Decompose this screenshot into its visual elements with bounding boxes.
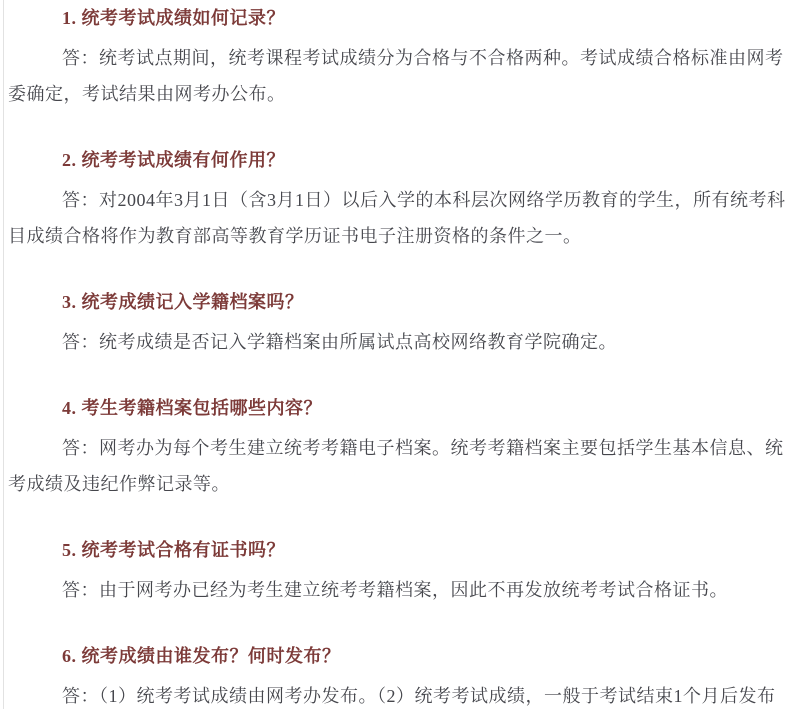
qa-item: 5. 统考考试合格有证书吗？ 答：由于网考办已经为考生建立统考考籍档案，因此不再…: [8, 532, 786, 608]
question-heading: 1. 统考考试成绩如何记录？: [8, 0, 786, 36]
qa-item: 2. 统考考试成绩有何作用？ 答：对2004年3月1日（含3月1日）以后入学的本…: [8, 142, 786, 254]
answer-paragraph: 答：对2004年3月1日（含3月1日）以后入学的本科层次网络学历教育的学生，所有…: [8, 182, 786, 254]
answer-paragraph: 答：（1）统考考试成绩由网考办发布。（2）统考考试成绩，一般于考试结束1个月后发…: [8, 678, 786, 709]
question-heading: 6. 统考成绩由谁发布？何时发布？: [8, 638, 786, 674]
qa-item: 3. 统考成绩记入学籍档案吗？ 答：统考成绩是否记入学籍档案由所属试点高校网络教…: [8, 284, 786, 360]
question-heading: 2. 统考考试成绩有何作用？: [8, 142, 786, 178]
answer-paragraph: 答：统考成绩是否记入学籍档案由所属试点高校网络教育学院确定。: [8, 324, 786, 360]
answer-paragraph: 答：网考办为每个考生建立统考考籍电子档案。统考考籍档案主要包括学生基本信息、统考…: [8, 430, 786, 502]
question-heading: 3. 统考成绩记入学籍档案吗？: [8, 284, 786, 320]
qa-item: 6. 统考成绩由谁发布？何时发布？ 答：（1）统考考试成绩由网考办发布。（2）统…: [8, 638, 786, 709]
question-heading: 4. 考生考籍档案包括哪些内容？: [8, 390, 786, 426]
answer-paragraph: 答：由于网考办已经为考生建立统考考籍档案，因此不再发放统考考试合格证书。: [8, 572, 786, 608]
answer-paragraph: 答：统考试点期间，统考课程考试成绩分为合格与不合格两种。考试成绩合格标准由网考委…: [8, 40, 786, 112]
qa-item: 4. 考生考籍档案包括哪些内容？ 答：网考办为每个考生建立统考考籍电子档案。统考…: [8, 390, 786, 502]
qa-item: 1. 统考考试成绩如何记录？ 答：统考试点期间，统考课程考试成绩分为合格与不合格…: [8, 0, 786, 112]
faq-document: 1. 统考考试成绩如何记录？ 答：统考试点期间，统考课程考试成绩分为合格与不合格…: [0, 0, 800, 709]
question-heading: 5. 统考考试合格有证书吗？: [8, 532, 786, 568]
